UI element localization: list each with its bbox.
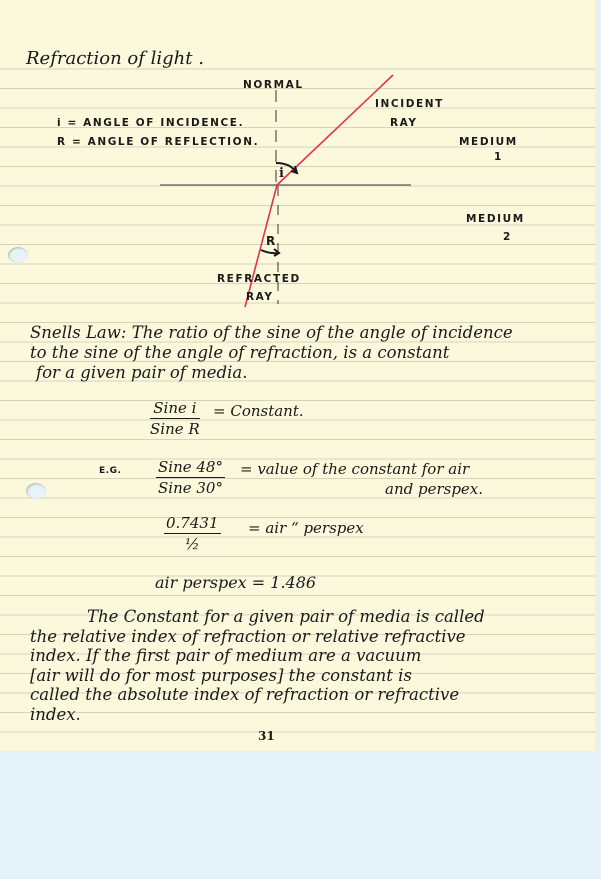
snells-law-line-2: to the sine of the angle of refraction, … [30, 343, 449, 362]
angle-r-label: R [266, 234, 277, 248]
paragraph-line-5: called the absolute index of refraction … [30, 685, 459, 704]
example-denominator: Sine 30° [156, 478, 225, 497]
example-label: E.G. [99, 466, 121, 476]
refracted-ray-label: REFRACTED [217, 273, 301, 285]
paragraph-line-3: index. If the first pair of medium are a… [30, 646, 421, 665]
incident-ray-label: INCIDENT [375, 98, 444, 110]
sine-ratio-formula: Sine i Sine R [150, 399, 200, 438]
paragraph-line-2: the relative index of refraction or rela… [30, 627, 466, 646]
calculation-fraction: 0.7431 ½ [164, 514, 221, 553]
example-rhs-2: and perspex. [385, 480, 483, 498]
formula-rhs: = Constant. [213, 402, 304, 420]
normal-label: NORMAL [243, 79, 304, 91]
calculation-rhs: = air “ perspex [248, 519, 364, 537]
example-rhs-1: = value of the constant for air [240, 460, 469, 478]
refracted-ray-label-2: RAY [246, 291, 274, 303]
incident-ray-label-2: RAY [390, 117, 418, 129]
medium-1-number: 1 [494, 151, 503, 163]
legend-reflection: R = ANGLE OF REFLECTION. [57, 136, 259, 148]
paragraph-line-6: index. [30, 705, 81, 724]
paragraph-line-1: The Constant for a given pair of media i… [87, 607, 485, 626]
medium-1-label: MEDIUM [459, 136, 518, 148]
calculation-denominator: ½ [164, 534, 221, 553]
formula-denominator: Sine R [150, 419, 200, 438]
legend-incidence: i = ANGLE OF INCIDENCE. [57, 117, 244, 129]
example-fraction: Sine 48° Sine 30° [156, 458, 225, 497]
calculation-numerator: 0.7431 [164, 514, 221, 534]
medium-2-number: 2 [503, 231, 512, 243]
snells-law-line-1: Snells Law: The ratio of the sine of the… [30, 323, 513, 342]
formula-numerator: Sine i [150, 399, 200, 419]
example-result: air perspex = 1.486 [155, 573, 316, 592]
angle-i-label: i [279, 166, 284, 181]
snells-law-line-3: for a given pair of media. [36, 363, 247, 382]
refraction-diagram [0, 0, 598, 320]
page-number: 31 [258, 729, 275, 743]
punch-hole-icon [26, 483, 46, 499]
example-numerator: Sine 48° [156, 458, 225, 478]
paragraph-line-4: [air will do for most purposes] the cons… [30, 666, 412, 685]
medium-2-label: MEDIUM [466, 213, 525, 225]
notebook-page: Refraction of light . NORMAL i = ANGLE O… [0, 0, 598, 751]
